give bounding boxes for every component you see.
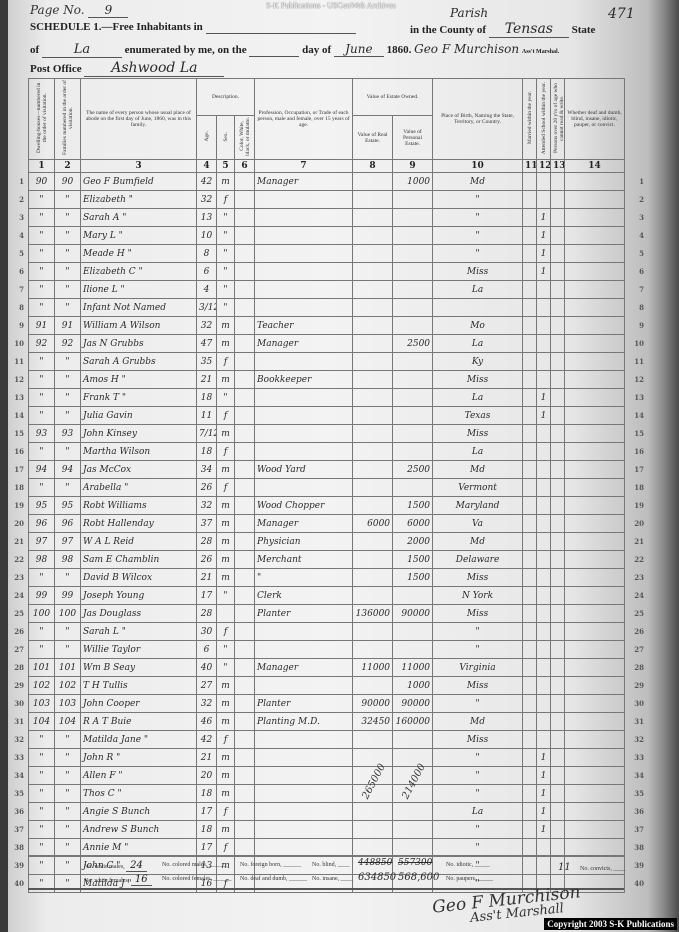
cell-real [353, 407, 393, 425]
cell-school: 1 [537, 785, 551, 803]
line-number: 32 [630, 735, 644, 744]
cell-birth: N York [433, 587, 523, 605]
cell-empty [565, 641, 625, 659]
cell-age: 37 [197, 515, 217, 533]
cell-family: 98 [55, 551, 81, 569]
cell-empty [565, 479, 625, 497]
line-number: 5 [10, 249, 24, 258]
cell-name: Elizabeth " [81, 191, 197, 209]
cell-name: Arabella " [81, 479, 197, 497]
line-number: 15 [10, 429, 24, 438]
cell-personal: 1000 [393, 173, 433, 191]
cell-occupation: Wood Yard [255, 461, 353, 479]
cell-family: " [55, 245, 81, 263]
cell-real [353, 281, 393, 299]
cell-school [537, 515, 551, 533]
cell-empty [235, 839, 255, 857]
cell-age: 21 [197, 569, 217, 587]
line-number: 6 [10, 267, 24, 276]
cell-family: " [55, 443, 81, 461]
line-number: 37 [630, 825, 644, 834]
cell-occupation: Manager [255, 335, 353, 353]
cell-age: 8 [197, 245, 217, 263]
cell-age: 40 [197, 659, 217, 677]
cell-real [353, 803, 393, 821]
line-number: 14 [10, 411, 24, 420]
cell-school [537, 839, 551, 857]
cell-empty [235, 713, 255, 731]
col-number: 13 [551, 160, 565, 173]
cell-empty [235, 317, 255, 335]
line-number: 11 [630, 357, 644, 366]
table-row: ""David B Wilcox21m"1500Miss [29, 569, 625, 587]
line-number: 16 [630, 447, 644, 456]
col-number: 14 [565, 160, 625, 173]
table-row: ""Andrew S Bunch18m"1 [29, 821, 625, 839]
line-number: 28 [630, 663, 644, 672]
table-row: 101101Wm B Seay40"Manager1100011000Virgi… [29, 659, 625, 677]
deaf-dumb-field: No. deaf and dumb, ______ [240, 876, 307, 882]
cell-age: 17 [197, 587, 217, 605]
cell-name: Sarah A Grubbs [81, 353, 197, 371]
cell-empty [235, 587, 255, 605]
cell-sex: m [217, 461, 235, 479]
cell-birth: Miss [433, 371, 523, 389]
line-number: 28 [10, 663, 24, 672]
cell-birth: " [433, 641, 523, 659]
line-number: 22 [630, 555, 644, 564]
line-number: 24 [10, 591, 24, 600]
cell-occupation: Merchant [255, 551, 353, 569]
table-row: 9999Joseph Young17"ClerkN York [29, 587, 625, 605]
cell-birth: " [433, 209, 523, 227]
line-number: 11 [10, 357, 24, 366]
cell-occupation [255, 785, 353, 803]
cell-personal: 1500 [393, 551, 433, 569]
cell-age: 34 [197, 461, 217, 479]
cell-empty [235, 497, 255, 515]
line-number: 9 [10, 321, 24, 330]
cell-sex: m [217, 569, 235, 587]
cell-empty [235, 749, 255, 767]
line-number: 18 [630, 483, 644, 492]
line-number: 35 [10, 789, 24, 798]
cell-personal [393, 443, 433, 461]
cell-family: 90 [55, 173, 81, 191]
line-number: 9 [630, 321, 644, 330]
table-row: 9090Geo F Bumfield42mManager1000Md [29, 173, 625, 191]
white-males-count: 24 [126, 860, 147, 872]
line-number: 29 [10, 681, 24, 690]
line-number: 2 [630, 195, 644, 204]
line-number: 40 [630, 879, 644, 888]
cell-empty [565, 227, 625, 245]
cell-personal: 160000 [393, 713, 433, 731]
line-number: 30 [10, 699, 24, 708]
cell-illiterate [551, 749, 565, 767]
line-number: 30 [630, 699, 644, 708]
cell-married [523, 767, 537, 785]
cell-sex: " [217, 227, 235, 245]
cell-family: 92 [55, 335, 81, 353]
cell-real [353, 227, 393, 245]
cell-married [523, 713, 537, 731]
cell-name: W A L Reid [81, 533, 197, 551]
cell-age: 6 [197, 263, 217, 281]
cell-real [353, 173, 393, 191]
cell-family: " [55, 263, 81, 281]
table-row: ""Infant Not Named3/12" [29, 299, 625, 317]
cell-occupation [255, 245, 353, 263]
cell-dwelling: 100 [29, 605, 55, 623]
insane-field: No. insane, ____ [312, 876, 353, 882]
cell-occupation: Wood Chopper [255, 497, 353, 515]
cell-family: 93 [55, 425, 81, 443]
cell-empty [235, 641, 255, 659]
cell-birth: Miss [433, 425, 523, 443]
cell-birth: La [433, 389, 523, 407]
cell-sex: m [217, 533, 235, 551]
cell-school [537, 353, 551, 371]
table-row: ""Arabella "26fVermont [29, 479, 625, 497]
cell-occupation: Manager [255, 515, 353, 533]
cell-school [537, 551, 551, 569]
cell-birth [433, 299, 523, 317]
cell-school [537, 371, 551, 389]
cell-sex: m [217, 551, 235, 569]
cell-empty [565, 677, 625, 695]
table-row: ""Ilione L "4"La [29, 281, 625, 299]
post-office-name: Ashwood La [84, 60, 224, 77]
cell-age: 17 [197, 839, 217, 857]
cell-birth: Texas [433, 407, 523, 425]
cell-age: 28 [197, 533, 217, 551]
cell-name: Allen F " [81, 767, 197, 785]
cell-sex: f [217, 191, 235, 209]
cell-married [523, 173, 537, 191]
cell-married [523, 191, 537, 209]
cell-illiterate [551, 425, 565, 443]
cell-married [523, 623, 537, 641]
line-number: 23 [630, 573, 644, 582]
cell-personal: 11000 [393, 659, 433, 677]
line-number: 1 [10, 177, 24, 186]
cell-empty [235, 803, 255, 821]
cell-empty [565, 713, 625, 731]
cell-real [353, 461, 393, 479]
white-females-count: 16 [131, 874, 152, 886]
cell-birth: Md [433, 533, 523, 551]
cell-occupation: Planter [255, 695, 353, 713]
line-number: 40 [10, 879, 24, 888]
cell-dwelling: " [29, 731, 55, 749]
cell-real [353, 839, 393, 857]
cell-birth: Virginia [433, 659, 523, 677]
cell-personal [393, 227, 433, 245]
table-row: 100100Jas Douglass28Planter13600090000Mi… [29, 605, 625, 623]
cell-personal [393, 245, 433, 263]
cell-personal: 2000 [393, 533, 433, 551]
cell-married [523, 839, 537, 857]
table-row: ""Matilda Jane "42fMiss [29, 731, 625, 749]
cell-family: " [55, 569, 81, 587]
line-number: 20 [10, 519, 24, 528]
line-number: 29 [630, 681, 644, 690]
col-number: 12 [537, 160, 551, 173]
cell-married [523, 317, 537, 335]
cell-empty [565, 623, 625, 641]
school-total: 11 [558, 862, 571, 873]
cell-illiterate [551, 353, 565, 371]
cell-empty [235, 173, 255, 191]
cell-empty [235, 479, 255, 497]
line-number: 1 [630, 177, 644, 186]
cell-school [537, 461, 551, 479]
cell-sex: m [217, 497, 235, 515]
cell-illiterate [551, 551, 565, 569]
cell-illiterate [551, 641, 565, 659]
cell-dwelling: " [29, 191, 55, 209]
cell-empty [565, 587, 625, 605]
cell-illiterate [551, 191, 565, 209]
table-row: ""Sarah L "30f" [29, 623, 625, 641]
cell-age: 18 [197, 821, 217, 839]
cell-empty [565, 335, 625, 353]
cell-school [537, 569, 551, 587]
cell-empty [235, 767, 255, 785]
cell-school [537, 443, 551, 461]
cell-sex: f [217, 479, 235, 497]
cell-personal [393, 839, 433, 857]
cell-birth: " [433, 821, 523, 839]
cell-real [353, 317, 393, 335]
cell-dwelling: 98 [29, 551, 55, 569]
cell-family: " [55, 353, 81, 371]
cell-illiterate [551, 245, 565, 263]
personal-estate-total: 568,600 [398, 872, 439, 883]
cell-school [537, 299, 551, 317]
cell-dwelling: 97 [29, 533, 55, 551]
col-header-sex: Sex. [217, 116, 235, 160]
cell-empty [565, 209, 625, 227]
cell-dwelling: 94 [29, 461, 55, 479]
cell-age: 7/12 [197, 425, 217, 443]
cell-personal [393, 749, 433, 767]
table-row: 103103John Cooper32mPlanter9000090000" [29, 695, 625, 713]
cell-school: 1 [537, 749, 551, 767]
cell-sex: m [217, 821, 235, 839]
cell-birth: " [433, 623, 523, 641]
cell-married [523, 551, 537, 569]
col-number: 6 [235, 160, 255, 173]
table-row: 104104R A T Buie46mPlanting M.D.32450160… [29, 713, 625, 731]
table-row: ""Sarah A Grubbs35fKy [29, 353, 625, 371]
cell-name: Frank T " [81, 389, 197, 407]
line-number: 20 [630, 519, 644, 528]
cell-personal [393, 587, 433, 605]
cell-empty [565, 695, 625, 713]
line-number: 26 [630, 627, 644, 636]
cell-dwelling: 102 [29, 677, 55, 695]
cell-dwelling: 103 [29, 695, 55, 713]
line-number: 31 [10, 717, 24, 726]
cell-name: Robt Williams [81, 497, 197, 515]
cell-dwelling: " [29, 371, 55, 389]
line-number: 34 [10, 771, 24, 780]
cell-occupation [255, 209, 353, 227]
cell-age: 26 [197, 479, 217, 497]
paupers-field: No. paupers, _____ [446, 876, 493, 882]
cell-age: 32 [197, 695, 217, 713]
line-number: 12 [10, 375, 24, 384]
cell-illiterate [551, 821, 565, 839]
cell-family: " [55, 299, 81, 317]
cell-school: 1 [537, 821, 551, 839]
cell-dwelling: " [29, 227, 55, 245]
cell-family: 91 [55, 317, 81, 335]
cell-real [353, 641, 393, 659]
cell-age: 32 [197, 317, 217, 335]
cell-age: 32 [197, 497, 217, 515]
page-number: 9 [88, 3, 128, 18]
page-label: Page No. [30, 3, 85, 17]
cell-name: Matilda Jane " [81, 731, 197, 749]
cell-dwelling: " [29, 641, 55, 659]
cell-school [537, 317, 551, 335]
cell-age: 21 [197, 749, 217, 767]
cell-age: 42 [197, 173, 217, 191]
line-number: 10 [630, 339, 644, 348]
cell-family: " [55, 407, 81, 425]
cell-empty [235, 209, 255, 227]
cell-real [353, 749, 393, 767]
cell-real [353, 821, 393, 839]
table-row: ""Sarah A "13""1 [29, 209, 625, 227]
line-number: 5 [630, 249, 644, 258]
cell-illiterate [551, 227, 565, 245]
cell-illiterate [551, 497, 565, 515]
cell-real: 6000 [353, 515, 393, 533]
cell-occupation [255, 407, 353, 425]
cell-personal [393, 821, 433, 839]
cell-name: John Kinsey [81, 425, 197, 443]
line-number: 18 [10, 483, 24, 492]
cell-empty [565, 551, 625, 569]
cell-personal: 1500 [393, 497, 433, 515]
line-number: 24 [630, 591, 644, 600]
cell-sex: m [217, 335, 235, 353]
cell-real [353, 551, 393, 569]
white-females-field: No. white females, 16 [84, 874, 152, 885]
cell-married [523, 371, 537, 389]
cell-empty [235, 263, 255, 281]
line-number: 36 [10, 807, 24, 816]
cell-dwelling: " [29, 785, 55, 803]
cell-family: " [55, 371, 81, 389]
cell-empty [235, 695, 255, 713]
cell-illiterate [551, 299, 565, 317]
cell-dwelling: " [29, 839, 55, 857]
cell-sex: " [217, 389, 235, 407]
cell-sex: f [217, 731, 235, 749]
cell-age: 6 [197, 641, 217, 659]
cell-real [353, 209, 393, 227]
cell-occupation [255, 281, 353, 299]
cell-school [537, 695, 551, 713]
cell-age: 28 [197, 605, 217, 623]
cell-empty [235, 677, 255, 695]
cell-sex: f [217, 803, 235, 821]
line-number: 2 [10, 195, 24, 204]
cell-personal [393, 479, 433, 497]
cell-illiterate [551, 173, 565, 191]
cell-married [523, 245, 537, 263]
cell-empty [565, 371, 625, 389]
cell-illiterate [551, 785, 565, 803]
cell-age: 10 [197, 227, 217, 245]
cell-empty [235, 785, 255, 803]
real-estate-total: 634850 [358, 872, 396, 883]
col-header-school: Attended School within the year. [537, 79, 551, 160]
line-number: 26 [10, 627, 24, 636]
cell-family: " [55, 191, 81, 209]
cell-name: Jas McCox [81, 461, 197, 479]
cell-school [537, 173, 551, 191]
table-row: 9898Sam E Chamblin26mMerchant1500Delawar… [29, 551, 625, 569]
cell-illiterate [551, 587, 565, 605]
cell-sex: " [217, 245, 235, 263]
cell-empty [565, 605, 625, 623]
cell-sex: m [217, 371, 235, 389]
line-number: 27 [630, 645, 644, 654]
cell-personal: 90000 [393, 695, 433, 713]
cell-birth: " [433, 245, 523, 263]
col-header-family: Families numbered in the order of visita… [55, 79, 81, 160]
cell-dwelling: 99 [29, 587, 55, 605]
marshal-name: Geo F Murchison [414, 42, 519, 56]
cell-occupation [255, 443, 353, 461]
cell-illiterate [551, 623, 565, 641]
cell-birth: Miss [433, 605, 523, 623]
line-number: 8 [630, 303, 644, 312]
cell-school [537, 335, 551, 353]
enumerated-label: enumerated by me, on the [125, 44, 247, 56]
col-number: 9 [393, 160, 433, 173]
line-number: 8 [10, 303, 24, 312]
cell-illiterate [551, 515, 565, 533]
cell-sex: m [217, 695, 235, 713]
cell-name: Sarah A " [81, 209, 197, 227]
cell-dwelling: " [29, 299, 55, 317]
cell-occupation: Bookkeeper [255, 371, 353, 389]
cell-illiterate [551, 803, 565, 821]
cell-name: Geo F Bumfield [81, 173, 197, 191]
cell-personal [393, 191, 433, 209]
cell-school [537, 479, 551, 497]
cell-name: Willie Taylor [81, 641, 197, 659]
cell-family: " [55, 821, 81, 839]
cell-dwelling: " [29, 623, 55, 641]
cell-sex: m [217, 677, 235, 695]
cell-name: Andrew S Bunch [81, 821, 197, 839]
cell-empty [235, 227, 255, 245]
table-row: ""Allen F "20m"1 [29, 767, 625, 785]
cell-illiterate [551, 839, 565, 857]
cell-age: 18 [197, 785, 217, 803]
cell-married [523, 731, 537, 749]
census-rows: 9090Geo F Bumfield42mManager1000Md""Eliz… [29, 173, 625, 893]
table-row: ""Julia Gavin11fTexas1 [29, 407, 625, 425]
